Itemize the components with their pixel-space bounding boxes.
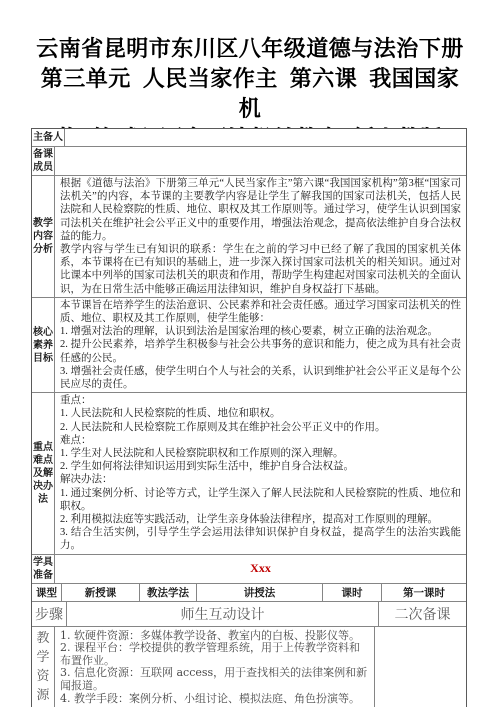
resource-item: 4. 教学手段：案例分析、小组讨论、模拟法庭、角色扮演等。 xyxy=(60,693,369,706)
row-core-literacy: 核心素养目标 本节课旨在培养学生的法治意识、公民素养和社会责任感。通过学习国家司… xyxy=(32,298,466,393)
lesson-plan-table: 主备人 备课成员 教学内容分析 根据《道德与法治》下册第三单元“人民当家作主”第… xyxy=(31,128,467,707)
title-line: 云南省昆明市东川区八年级道德与法治下册 xyxy=(30,34,470,64)
paragraph: 1. 通过案例分析、讨论等方式，让学生深入了解人民法院和人民检察院的性质、地位和… xyxy=(60,487,461,513)
teaching-method-value: 讲授法 xyxy=(197,584,323,601)
row-content-analysis: 教学内容分析 根据《道德与法治》下册第三单元“人民当家作主”第六课“我国国家机构… xyxy=(32,176,466,298)
core-literacy-label: 核心素养目标 xyxy=(32,298,55,392)
teaching-resources-list: 1. 软硬件资源：多媒体教学设备、教室内的白板、投影仪等。2. 课程平台：学校提… xyxy=(55,627,375,707)
steps-label: 步骤 xyxy=(32,602,67,626)
paragraph: 本节课旨在培养学生的法治意识、公民素养和社会责任感。通过学习国家司法机关的性质、… xyxy=(60,299,461,325)
core-literacy-text: 本节课旨在培养学生的法治意识、公民素养和社会责任感。通过学习国家司法机关的性质、… xyxy=(55,298,466,392)
period-label: 课时 xyxy=(323,584,382,601)
teaching-method-label: 教法学法 xyxy=(140,584,197,601)
paragraph: 重点： xyxy=(60,394,461,407)
tools-prep-label: 学具准备 xyxy=(32,555,55,583)
main-preparer-value xyxy=(65,129,466,146)
prep-members-value xyxy=(55,147,466,175)
paragraph: 1. 人民法院和人民检察院的性质、地位和职权。 xyxy=(60,407,461,420)
key-difficulty-label: 重点难点及解决办法 xyxy=(32,393,55,553)
paragraph: 3. 增强社会责任感，使学生明白个人与社会的关系，认识到维护社会公平正义是每个公… xyxy=(60,365,461,391)
prep-members-label: 备课成员 xyxy=(32,147,55,175)
lesson-plan-document: 云南省昆明市东川区八年级道德与法治下册第三单元 人民当家作主 第六课 我国国家机… xyxy=(0,0,500,707)
title-line: 第三单元 人民当家作主 第六课 我国国家机 xyxy=(30,64,470,124)
paragraph: 根据《道德与法治》下册第三单元“人民当家作主”第六课“我国国家机构”第3框“国家… xyxy=(60,177,461,243)
resource-item: 2. 课程平台：学校提供的教学管理系统，用于上传教学资料和布置作业。 xyxy=(60,642,369,667)
paragraph: 教学内容与学生已有知识的联系：学生在之前的学习中已经了解了我国的国家机关体系，本… xyxy=(60,243,461,296)
paragraph: 1. 增强对法治的理解，认识到法治是国家治理的核心要素，树立正确的法治观念。 xyxy=(60,325,461,338)
course-type-label: 课型 xyxy=(32,584,62,601)
second-prep-header: 二次备课 xyxy=(379,602,466,626)
paragraph: 2. 利用模拟法庭等实践活动，让学生亲身体验法律程序，提高对工作原则的理解。 xyxy=(60,513,461,526)
paragraph: 2. 学生如何将法律知识运用到实际生活中，维护自身合法权益。 xyxy=(60,460,461,473)
main-preparer-label: 主备人 xyxy=(32,129,65,146)
resource-item: 3. 信息化资源：互联网 access，用于查找相关的法律案例和新闻报道。 xyxy=(60,667,369,692)
content-analysis-label: 教学内容分析 xyxy=(32,176,55,297)
row-teaching-resources: 教学资源 1. 软硬件资源：多媒体教学设备、教室内的白板、投影仪等。2. 课程平… xyxy=(32,627,466,707)
row-main-preparer: 主备人 xyxy=(32,129,466,147)
teaching-resources-label: 教学资源 xyxy=(32,627,55,707)
row-tools-prep: 学具准备 Xxx xyxy=(32,555,466,584)
paragraph: 1. 学生对人民法院和人民检察院职权和工作原则的深入理解。 xyxy=(60,447,461,460)
content-analysis-text: 根据《道德与法治》下册第三单元“人民当家作主”第六课“我国国家机构”第3框“国家… xyxy=(55,176,466,297)
row-course-type: 课型 新授课 教法学法 讲授法 课时 第一课时 xyxy=(32,584,466,602)
period-value: 第一课时 xyxy=(382,584,466,601)
paragraph: 解决办法： xyxy=(60,473,461,486)
course-type-value: 新授课 xyxy=(62,584,140,601)
row-key-difficulty: 重点难点及解决办法 重点：1. 人民法院和人民检察院的性质、地位和职权。2. 人… xyxy=(32,393,466,554)
paragraph: 2. 人民法院和人民检察院工作原则及其在维护社会公平正义中的作用。 xyxy=(60,421,461,434)
second-prep-empty-cell xyxy=(375,627,466,707)
paragraph: 3. 结合生活实例，引导学生学会运用法律知识保护自身权益，提高学生的法治实践能力… xyxy=(60,526,461,552)
interaction-design-header: 师生互动设计 xyxy=(67,602,379,626)
tools-prep-value: Xxx xyxy=(55,555,466,583)
paragraph: 难点： xyxy=(60,434,461,447)
key-difficulty-text: 重点：1. 人民法院和人民检察院的性质、地位和职权。2. 人民法院和人民检察院工… xyxy=(55,393,466,553)
row-prep-members: 备课成员 xyxy=(32,147,466,176)
paragraph: 2. 提升公民素养，培养学生积极参与社会公共事务的意识和能力，使之成为具有社会责… xyxy=(60,338,461,364)
row-steps-header: 步骤 师生互动设计 二次备课 xyxy=(32,602,466,627)
